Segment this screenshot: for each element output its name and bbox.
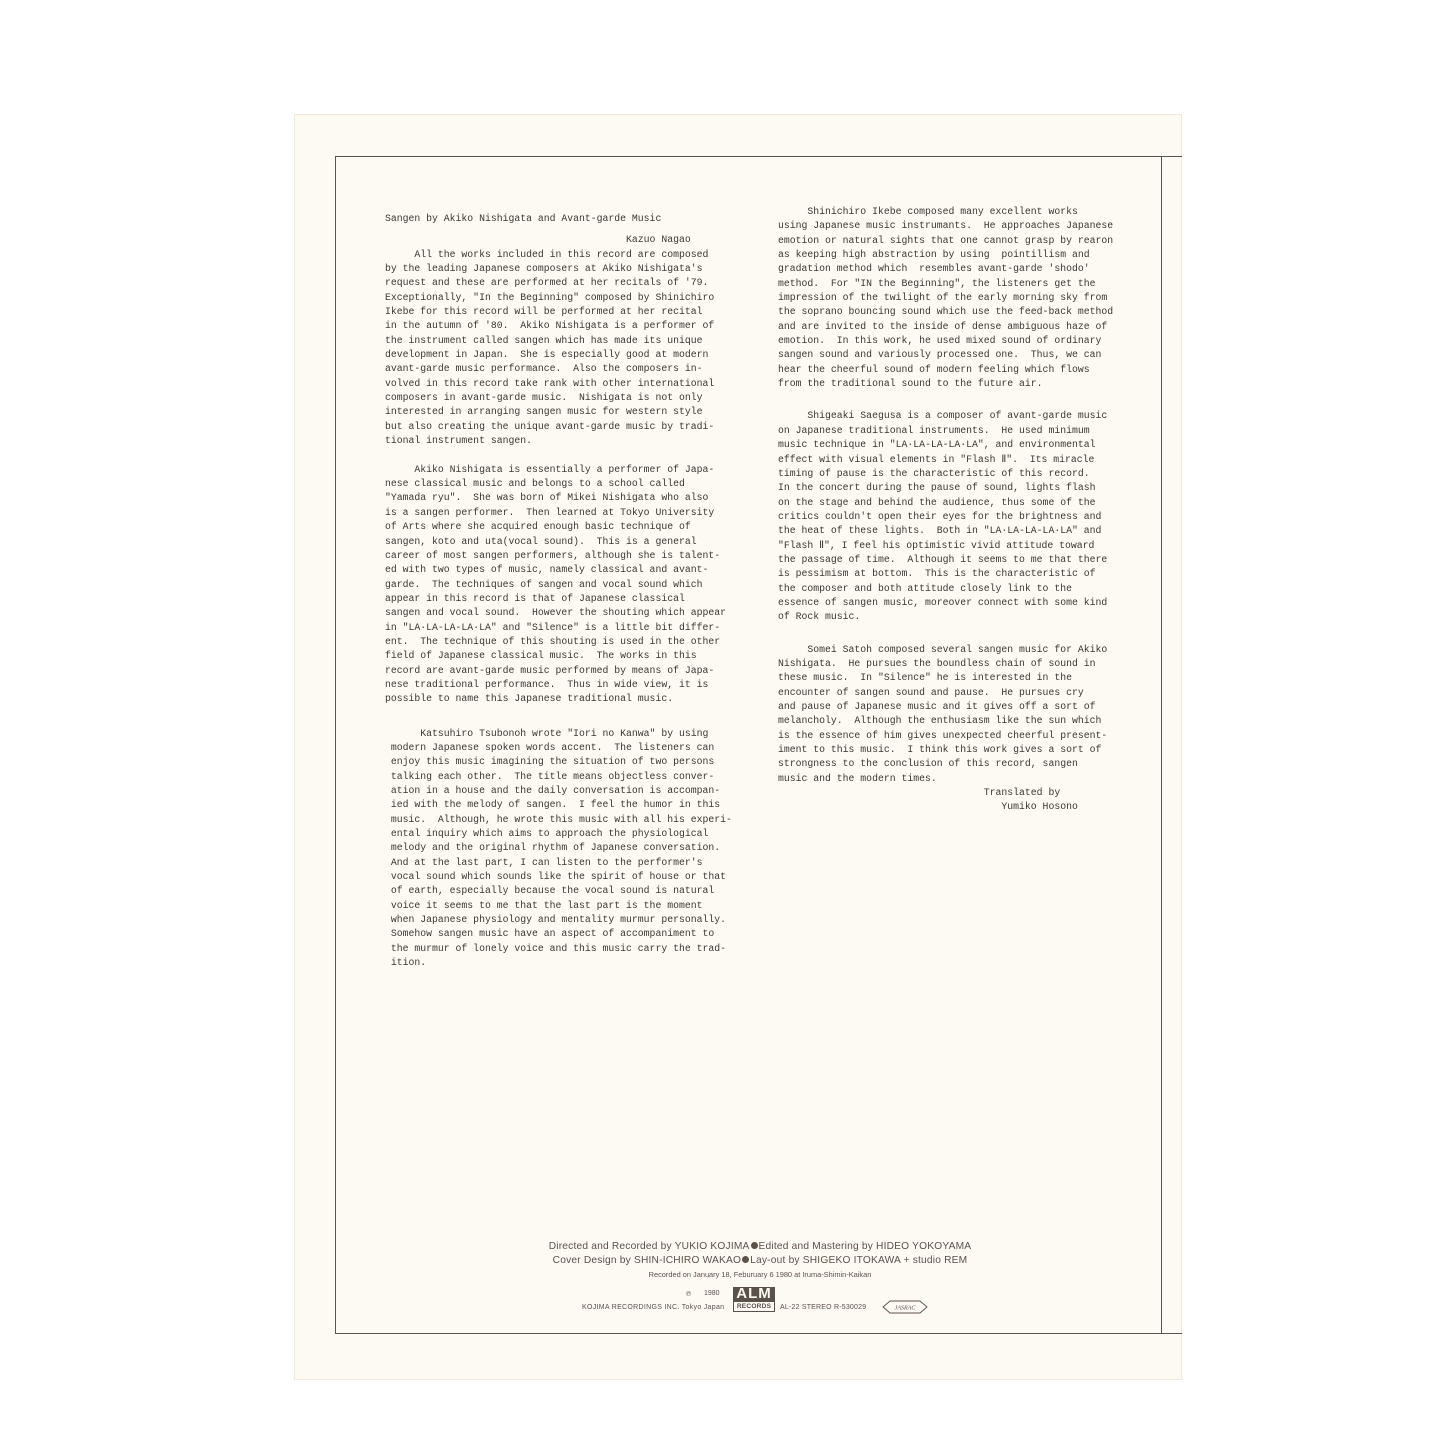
text-line: ental inquiry which aims to approach the…	[385, 827, 732, 841]
text-line: In the concert during the pause of sound…	[778, 481, 1113, 495]
paragraph-gap	[385, 226, 732, 233]
text-line: of Arts where she acquired enough basic …	[385, 520, 732, 534]
text-line: by the leading Japanese composers at Aki…	[385, 262, 732, 276]
text-line: and are invited to the inside of dense a…	[778, 320, 1113, 334]
text-line: "Yamada ryu". She was born of Mikei Nish…	[385, 491, 732, 505]
bullet-icon	[742, 1256, 749, 1263]
text-line: in the autumn of '80. Akiko Nishigata is…	[385, 319, 732, 333]
text-line: "Flash Ⅱ", I feel his optimistic vivid a…	[778, 539, 1113, 553]
copyright-year: 1980	[704, 1290, 720, 1297]
text-line: request and these are performed at her r…	[385, 276, 732, 290]
text-line: nese traditional performance. Thus in wi…	[385, 678, 732, 692]
text-line: is a sangen performer. Then learned at T…	[385, 506, 732, 520]
text-line: interested in arranging sangen music for…	[385, 405, 732, 419]
text-line: hear the cheerful sound of modern feelin…	[778, 363, 1113, 377]
text-line: but also creating the unique avant-garde…	[385, 420, 732, 434]
recording-info: Recorded on January 18, Feburuary 6 1980…	[530, 1268, 990, 1281]
label-row: ℗ 1980 KOJIMA RECORDINGS INC. Tokyo Japa…	[530, 1287, 990, 1319]
text-line: possible to name this Japanese tradition…	[385, 692, 732, 706]
text-line: development in Japan. She is especially …	[385, 348, 732, 362]
phonogram-icon: ℗	[686, 1291, 691, 1298]
text-line: modern Japanese spoken words accent. The…	[385, 741, 732, 755]
text-line: encounter of sangen sound and pause. He …	[778, 686, 1113, 700]
text-line: impression of the twilight of the early …	[778, 291, 1113, 305]
jasrac-logo-icon: JASRAC	[882, 1300, 928, 1314]
text-line: Ikebe for this record will be performed …	[385, 305, 732, 319]
credits-block: Directed and Recorded by YUKIO KOJIMAEdi…	[530, 1240, 990, 1281]
text-line: the instrument called sangen which has m…	[385, 334, 732, 348]
catalog-number: AL-22 STEREO R-530029	[780, 1304, 866, 1311]
text-line: is the essence of him gives unexpected c…	[778, 729, 1113, 743]
text-line: Shinichiro Ikebe composed many excellent…	[778, 205, 1113, 219]
text-line: sangen, koto and uta(vocal sound). This …	[385, 535, 732, 549]
text-line: critics couldn't open their eyes for the…	[778, 510, 1113, 524]
paragraph-gap	[778, 625, 1113, 643]
text-line: essence of sangen music, moreover connec…	[778, 596, 1113, 610]
text-line: Somei Satoh composed several sangen musi…	[778, 643, 1113, 657]
text-line: strongness to the conclusion of this rec…	[778, 757, 1113, 771]
text-line: Katsuhiro Tsubonoh wrote "Iori no Kanwa"…	[385, 727, 732, 741]
company-name: KOJIMA RECORDINGS INC. Tokyo Japan	[582, 1304, 724, 1311]
text-line: career of most sangen performers, althou…	[385, 549, 732, 563]
text-line: ent. The technique of this shouting is u…	[385, 635, 732, 649]
text-line: Translated by	[778, 786, 1113, 800]
text-line: tional instrument sangen.	[385, 434, 732, 448]
right-column: Shinichiro Ikebe composed many excellent…	[778, 205, 1113, 815]
director-credit: Directed and Recorded by YUKIO KOJIMA	[549, 1241, 750, 1252]
left-column: Sangen by Akiko Nishigata and Avant-gard…	[385, 212, 732, 970]
credits-line-1: Directed and Recorded by YUKIO KOJIMAEdi…	[530, 1240, 990, 1254]
logo-alm-text: ALM	[733, 1287, 775, 1301]
text-line: gradation method which resembles avant-g…	[778, 262, 1113, 276]
text-line: is pessimism at bottom. This is the char…	[778, 567, 1113, 581]
text-line: as keeping high abstraction by using poi…	[778, 248, 1113, 262]
text-line: the passage of time. Although it seems t…	[778, 553, 1113, 567]
text-line: emotion or natural sights that one canno…	[778, 234, 1113, 248]
text-line: iment to this music. I think this work g…	[778, 743, 1113, 757]
text-line: and pause of Japanese music and it gives…	[778, 700, 1113, 714]
text-line: on Japanese traditional instruments. He …	[778, 424, 1113, 438]
text-line: volved in this record take rank with oth…	[385, 377, 732, 391]
text-line: method. For "IN the Beginning", the list…	[778, 277, 1113, 291]
text-line: Sangen by Akiko Nishigata and Avant-gard…	[385, 212, 732, 226]
text-line: composers in avant-garde music. Nishigat…	[385, 391, 732, 405]
text-line: Akiko Nishigata is essentially a perform…	[385, 463, 732, 477]
text-line: avant-garde music performance. Also the …	[385, 362, 732, 376]
text-line: in "LA·LA-LA-LA·LA" and "Silence" is a l…	[385, 621, 732, 635]
text-line: emotion. In this work, he used mixed sou…	[778, 334, 1113, 348]
frame-top-rule	[335, 156, 1182, 157]
paragraph-gap	[385, 707, 732, 727]
frame-bottom-rule	[335, 1333, 1182, 1334]
text-line: music. Although, he wrote this music wit…	[385, 813, 732, 827]
text-line: garde. The techniques of sangen and voca…	[385, 578, 732, 592]
text-line: melancholy. Although the enthusiasm like…	[778, 714, 1113, 728]
text-line: Nishigata. He pursues the boundless chai…	[778, 657, 1113, 671]
text-line: field of Japanese classical music. The w…	[385, 649, 732, 663]
text-line: the soprano bouncing sound which use the…	[778, 305, 1113, 319]
text-line: when Japanese physiology and mentality m…	[385, 913, 732, 927]
text-line: talking each other. The title means obje…	[385, 770, 732, 784]
text-line: melody and the original rhythm of Japane…	[385, 841, 732, 855]
text-line: ed with two types of music, namely class…	[385, 563, 732, 577]
paragraph-gap	[385, 449, 732, 463]
text-line: sangen and vocal sound. However the shou…	[385, 606, 732, 620]
text-line: Yumiko Hosono	[778, 800, 1113, 814]
text-line: from the traditional sound to the future…	[778, 377, 1113, 391]
text-line: record are avant-garde music performed b…	[385, 664, 732, 678]
text-line: ation in a house and the daily conversat…	[385, 784, 732, 798]
text-line: ied with the melody of sangen. I feel th…	[385, 798, 732, 812]
text-line: music technique in "LA·LA-LA-LA·LA", and…	[778, 438, 1113, 452]
text-line: All the works included in this record ar…	[385, 248, 732, 262]
text-line: on the stage and behind the audience, th…	[778, 496, 1113, 510]
text-line: vocal sound which sounds like the spirit…	[385, 870, 732, 884]
bullet-icon	[751, 1242, 758, 1249]
credits-line-2: Cover Design by SHIN-ICHIRO WAKAOLay-out…	[530, 1254, 990, 1268]
text-line: timing of pause is the characteristic of…	[778, 467, 1113, 481]
text-line: of Rock music.	[778, 610, 1113, 624]
text-line: the composer and both attitude closely l…	[778, 582, 1113, 596]
text-line: the murmur of lonely voice and this musi…	[385, 942, 732, 956]
logo-records-text: RECORDS	[733, 1301, 775, 1312]
frame-right-rule	[1161, 156, 1162, 1334]
cover-design-credit: Cover Design by SHIN-ICHIRO WAKAO	[553, 1255, 742, 1266]
svg-text:JASRAC: JASRAC	[895, 1306, 917, 1312]
text-line: the heat of these lights. Both in "LA·LA…	[778, 524, 1113, 538]
text-line: effect with visual elements in "Flash Ⅱ"…	[778, 453, 1113, 467]
text-line: appear in this record is that of Japanes…	[385, 592, 732, 606]
text-line: Kazuo Nagao	[385, 233, 732, 247]
frame-left-rule	[335, 156, 336, 1334]
text-line: of earth, especially because the vocal s…	[385, 884, 732, 898]
text-line: using Japanese music instrumants. He app…	[778, 219, 1113, 233]
text-line: Shigeaki Saegusa is a composer of avant-…	[778, 409, 1113, 423]
mastering-credit: Edited and Mastering by HIDEO YOKOYAMA	[759, 1241, 972, 1252]
text-line: nese classical music and belongs to a sc…	[385, 477, 732, 491]
text-line: Somehow sangen music have an aspect of a…	[385, 927, 732, 941]
alm-records-logo: ALM RECORDS	[733, 1287, 775, 1312]
text-line: enjoy this music imagining the situation…	[385, 755, 732, 769]
text-line: voice it seems to me that the last part …	[385, 899, 732, 913]
text-line: And at the last part, I can listen to th…	[385, 856, 732, 870]
text-line: sangen sound and variously processed one…	[778, 348, 1113, 362]
text-line: ition.	[385, 956, 732, 970]
layout-credit: Lay-out by SHIGEKO ITOKAWA + studio REM	[750, 1255, 967, 1266]
text-line: music and the modern times.	[778, 772, 1113, 786]
text-line: Exceptionally, "In the Beginning" compos…	[385, 291, 732, 305]
paragraph-gap	[778, 391, 1113, 409]
text-line: these music. In "Silence" he is interest…	[778, 671, 1113, 685]
